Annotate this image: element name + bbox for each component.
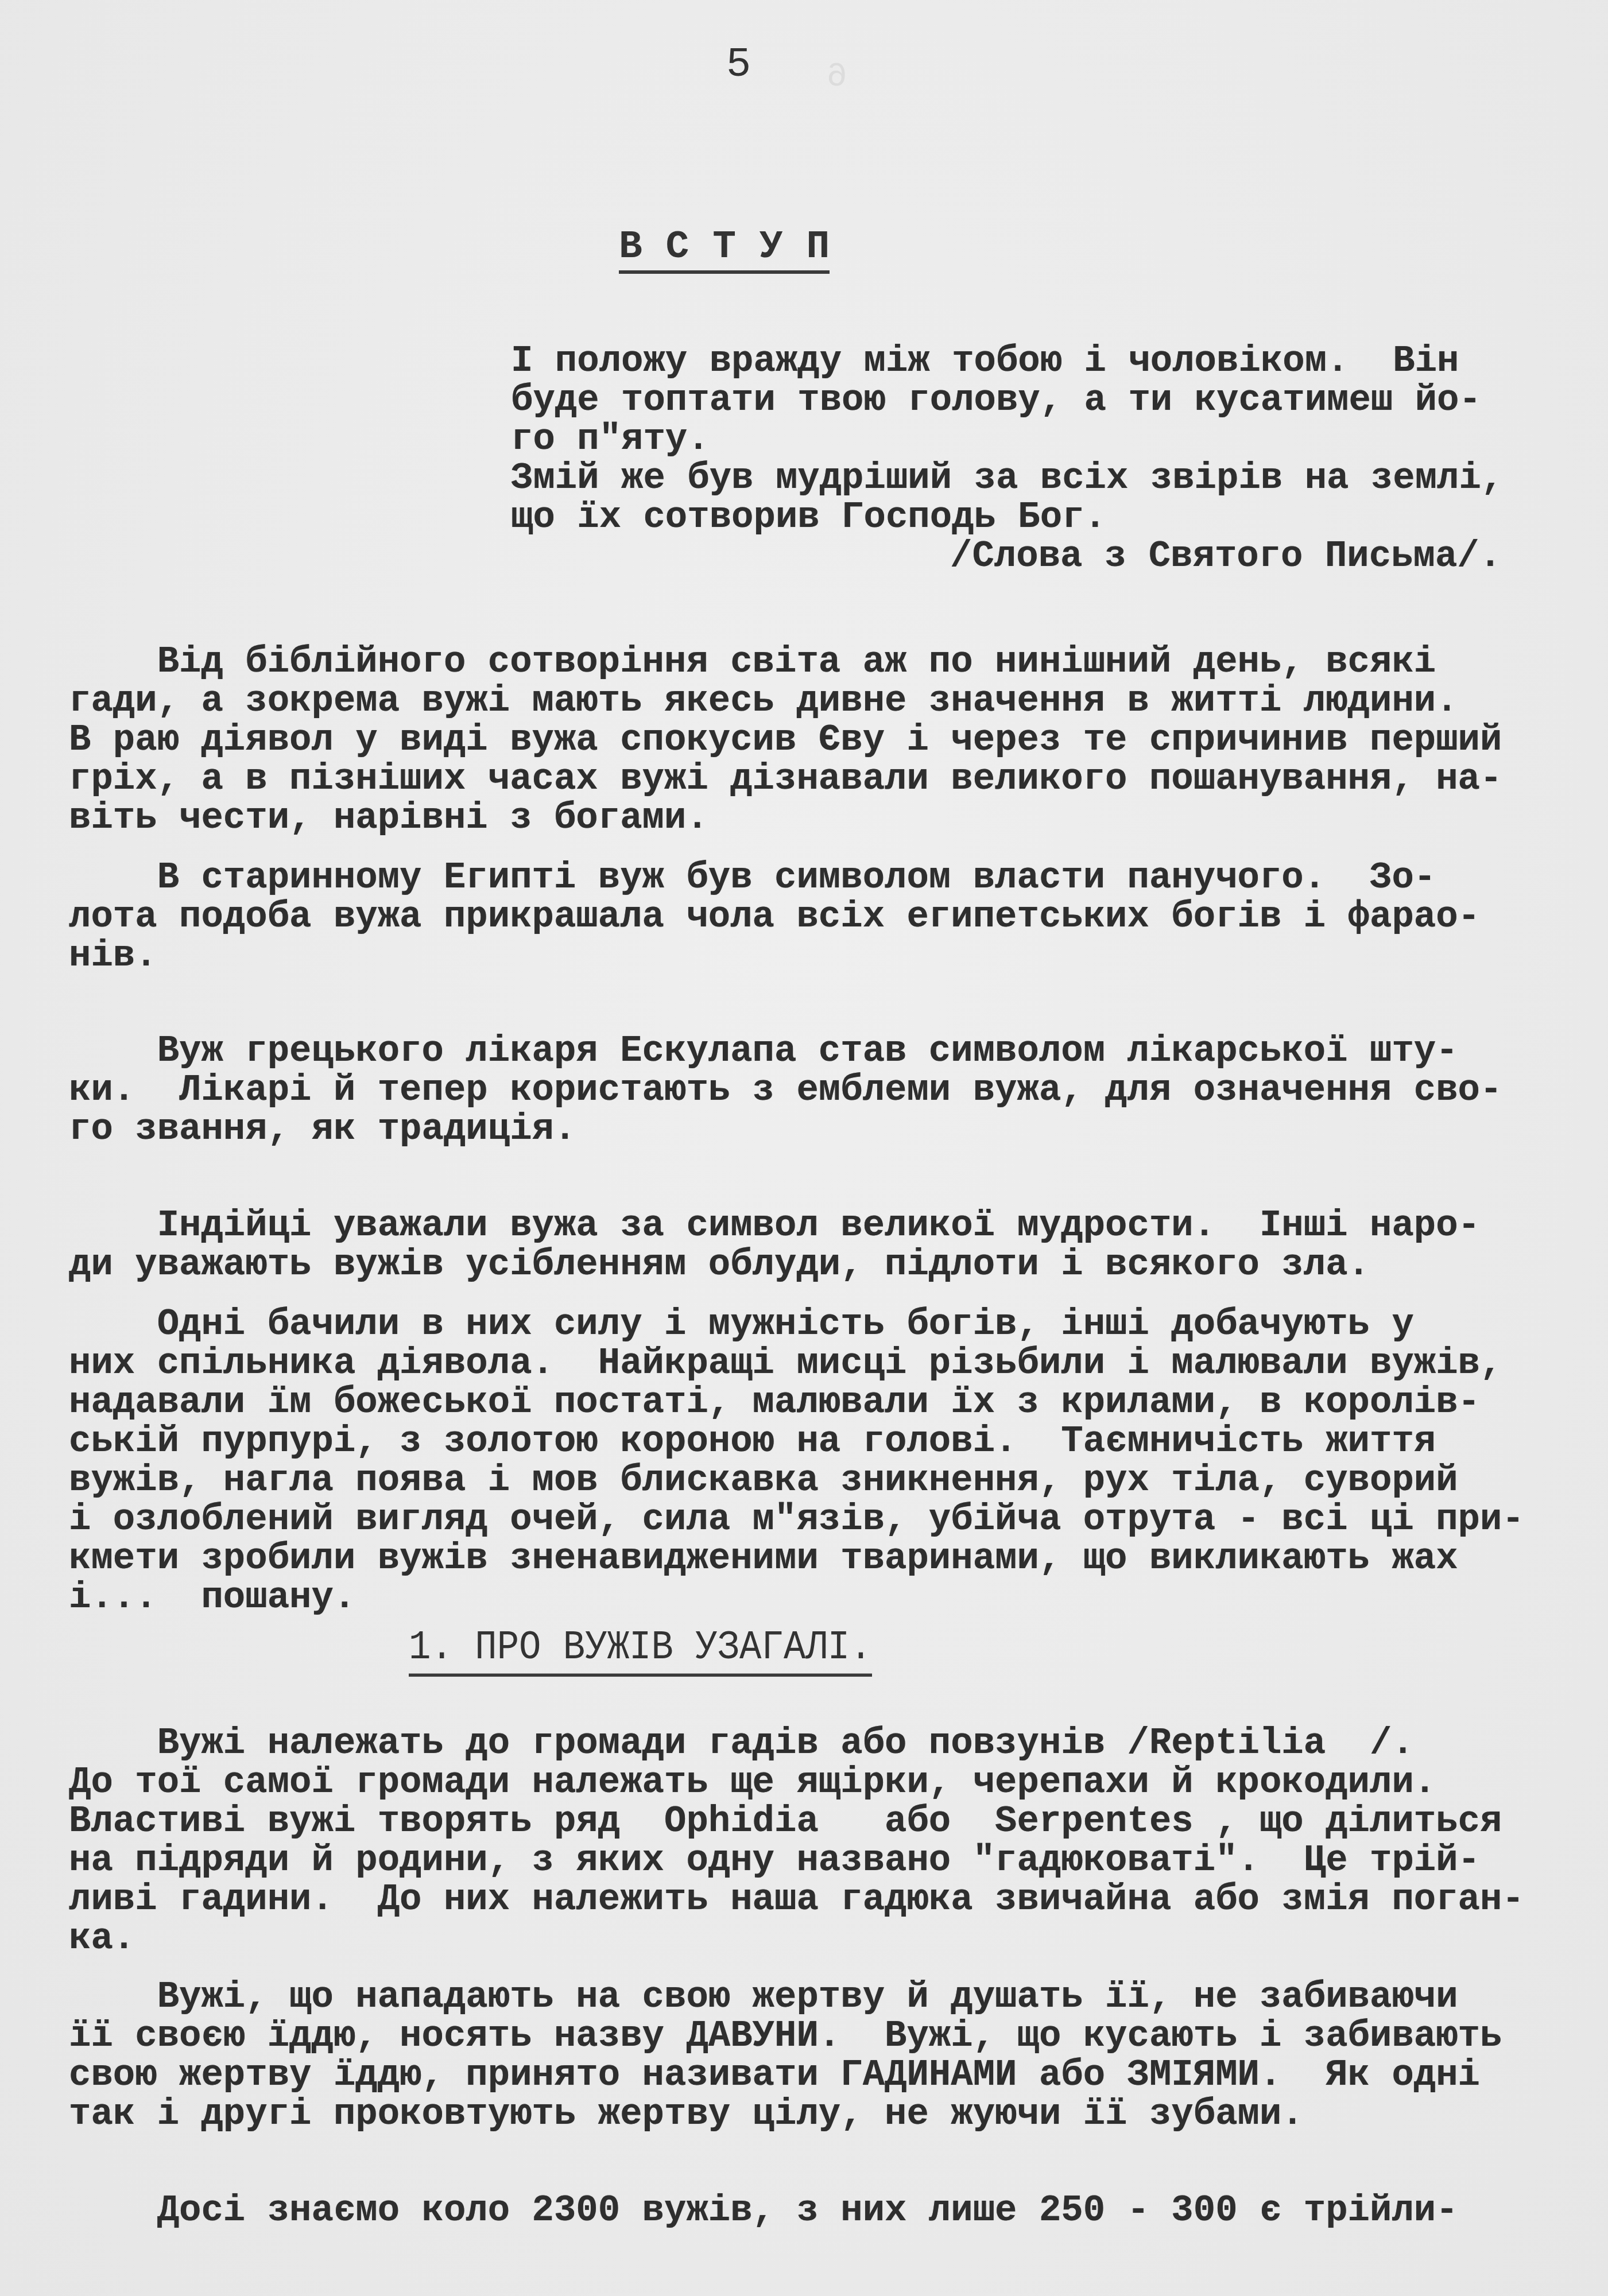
epigraph-line: буде топтати твою голову, а ти кусатимеш… — [511, 382, 1481, 419]
text-line: і озлоблений вигляд очей, сила м"язів, у… — [69, 1502, 1524, 1538]
text-line: на підряди й родини, з яких одну названо… — [69, 1843, 1480, 1879]
text-line: віть чести, нарівні з богами. — [69, 800, 708, 837]
text-line: ка. — [69, 1921, 135, 1957]
text-line: Досі знаємо коло 2300 вужів, з них лише … — [69, 2193, 1458, 2229]
bleed-through-page-number: 6 — [827, 57, 847, 96]
text-line: свою жертву їддю, принято називати ГАДИН… — [69, 2057, 1480, 2094]
text-line: надавали їм божеської постаті, малювали … — [69, 1384, 1480, 1421]
text-line: В раю діявол у виді вужа спокусив Єву і … — [69, 722, 1502, 759]
text-line: Властиві вужі творять ряд Ophidia або Se… — [69, 1804, 1502, 1840]
text-line: В старинному Египті вуж був символом вла… — [69, 860, 1436, 897]
text-line: ки. Лікарі й тепер користають з емблеми … — [69, 1072, 1502, 1109]
epigraph-line: Змій же був мудріший за всіх звірів на з… — [511, 460, 1503, 497]
epigraph-line: що їх сотворив Господь Бог. — [511, 499, 1106, 536]
text-line: гади, а зокрема вужі мають якесь дивне з… — [69, 683, 1458, 720]
page-number: 5 — [726, 41, 751, 88]
text-line: ливі гадини. До них належить наша гадюка… — [69, 1882, 1524, 1918]
text-line: ській пурпурі, з золотою короною на голо… — [69, 1424, 1436, 1460]
text-line: гріх, а в пізніших часах вужі дізнавали … — [69, 761, 1502, 798]
text-line: і... пошану. — [69, 1580, 355, 1616]
text-line: Від біблійного сотворіння світа аж по ни… — [69, 644, 1436, 681]
epigraph-source: /Слова з Святого Письма/. — [950, 538, 1501, 575]
epigraph-line: го п"яту. — [511, 421, 710, 458]
epigraph-line: І положу вражду між тобою і чоловіком. В… — [511, 343, 1459, 380]
text-line: Вужі, що нападають на свою жертву й душа… — [69, 1979, 1458, 2016]
intro-title: В С Т У П — [619, 225, 830, 274]
text-line: Одні бачили в них силу і мужність богів,… — [69, 1306, 1414, 1343]
text-line: Індійці уважали вужа за символ великої м… — [69, 1208, 1480, 1244]
text-line: кмети зробили вужів зненавидженими твари… — [69, 1541, 1458, 1577]
text-line: нів. — [69, 938, 157, 975]
text-line: Вуж грецького лікаря Ескулапа став симво… — [69, 1033, 1458, 1070]
text-line: вужів, нагла поява і мов блискавка зникн… — [69, 1463, 1458, 1499]
text-line: Вужі належать до громади гадів або повзу… — [69, 1725, 1414, 1762]
text-line: лота подоба вужа прикрашала чола всіх ег… — [69, 899, 1480, 936]
text-line: так і другі проковтують жертву цілу, не … — [69, 2096, 1304, 2133]
text-line: її своєю їддю, носять назву ДАВУНИ. Вужі… — [69, 2018, 1502, 2055]
text-line: ди уважають вужів усібленням облуди, під… — [69, 1247, 1370, 1283]
text-line: До тої самої громади належать ще ящірки,… — [69, 1764, 1436, 1801]
text-line: го звання, як традиція. — [69, 1111, 576, 1148]
text-line: них спільника діявола. Найкращі мисці рі… — [69, 1345, 1502, 1382]
document-page: 6 5 В С Т У П І положу вражду між тобою … — [0, 0, 1608, 2296]
section-heading: 1. ПРО ВУЖІВ УЗАГАЛІ. — [409, 1626, 872, 1677]
